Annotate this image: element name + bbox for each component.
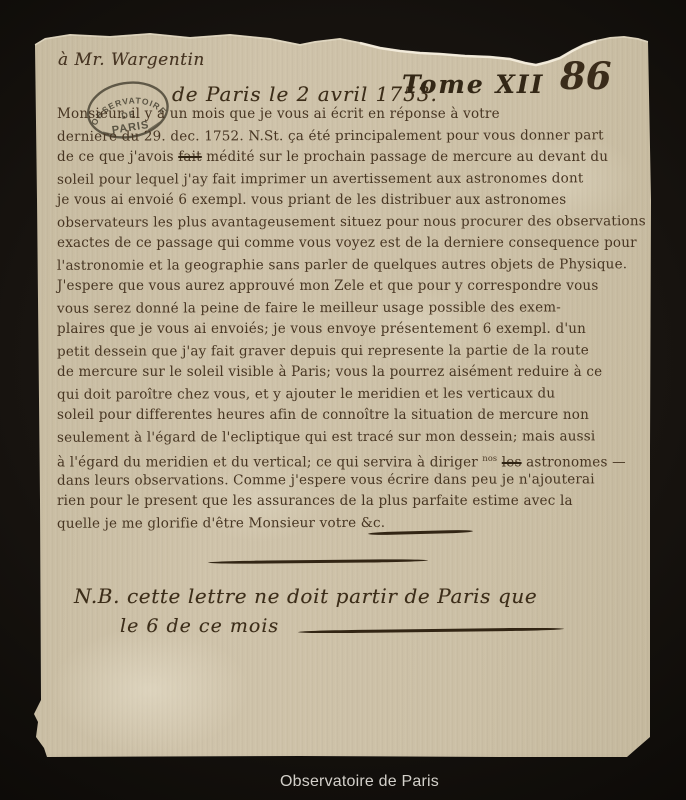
- letter-line: dans leurs observations. Comme j'espere …: [57, 469, 649, 492]
- letter-line: de ce que j'avois fait médité sur le pro…: [57, 147, 649, 169]
- letter-line: exactes de ce passage qui comme vous voy…: [57, 233, 649, 255]
- nota-bene-underline-stroke: [298, 627, 564, 633]
- letter-line: rien pour le present que les assurances …: [57, 491, 649, 513]
- letter-line: derniere du 29. dec. 1752. N.St. ça été …: [57, 125, 649, 148]
- letter-line: de mercure sur le soleil visible à Paris…: [57, 362, 649, 384]
- folio-number: 86: [560, 54, 612, 98]
- letter-line: je vous ai envoié 6 exempl. vous priant …: [57, 190, 649, 212]
- nota-bene-line-2: le 6 de ce mois: [120, 615, 279, 637]
- nota-bene-line-1: N.B. cette lettre ne doit partir de Pari…: [74, 584, 537, 608]
- letter-line: observateurs les plus avantageusement si…: [57, 211, 649, 234]
- letter-body: Monsieur. il y a un mois que je vous ai …: [57, 104, 649, 534]
- volume-label: Tome XII: [402, 70, 544, 99]
- letter-line: à l'égard du meridien et du vertical; ce…: [57, 448, 649, 470]
- letter-line: qui doit paroître chez vous, et y ajoute…: [57, 383, 649, 406]
- letter-line: petit dessein que j'ay fait graver depui…: [57, 340, 649, 363]
- photo-background: à Mr. Wargentin OBSERVATOIRE DE PARIS de…: [0, 0, 686, 800]
- dateline: de Paris le 2 avril 1753.: [172, 82, 438, 106]
- letter-line: plaires que je vous ai envoiés; je vous …: [57, 319, 649, 341]
- letter-line: J'espere que vous aurez approuvé mon Zel…: [57, 276, 649, 298]
- letter-line: Monsieur. il y a un mois que je vous ai …: [57, 104, 649, 126]
- letter-line: soleil pour differentes heures afin de c…: [57, 405, 649, 427]
- letter-line: vous serez donné la peine de faire le me…: [57, 297, 649, 320]
- letter-line: soleil pour lequel j'ay fait imprimer un…: [57, 168, 649, 191]
- letter-line: seulement à l'égard de l'ecliptique qui …: [57, 426, 649, 449]
- manuscript-paper: à Mr. Wargentin OBSERVATOIRE DE PARIS de…: [0, 0, 686, 800]
- letter-line: quelle je me glorifie d'être Monsieur vo…: [57, 512, 649, 535]
- letter-line: l'astronomie et la geographie sans parle…: [57, 254, 649, 277]
- separator-stroke: [208, 559, 428, 564]
- addressee-line: à Mr. Wargentin: [58, 50, 205, 70]
- photo-caption: Observatoire de Paris: [280, 773, 439, 791]
